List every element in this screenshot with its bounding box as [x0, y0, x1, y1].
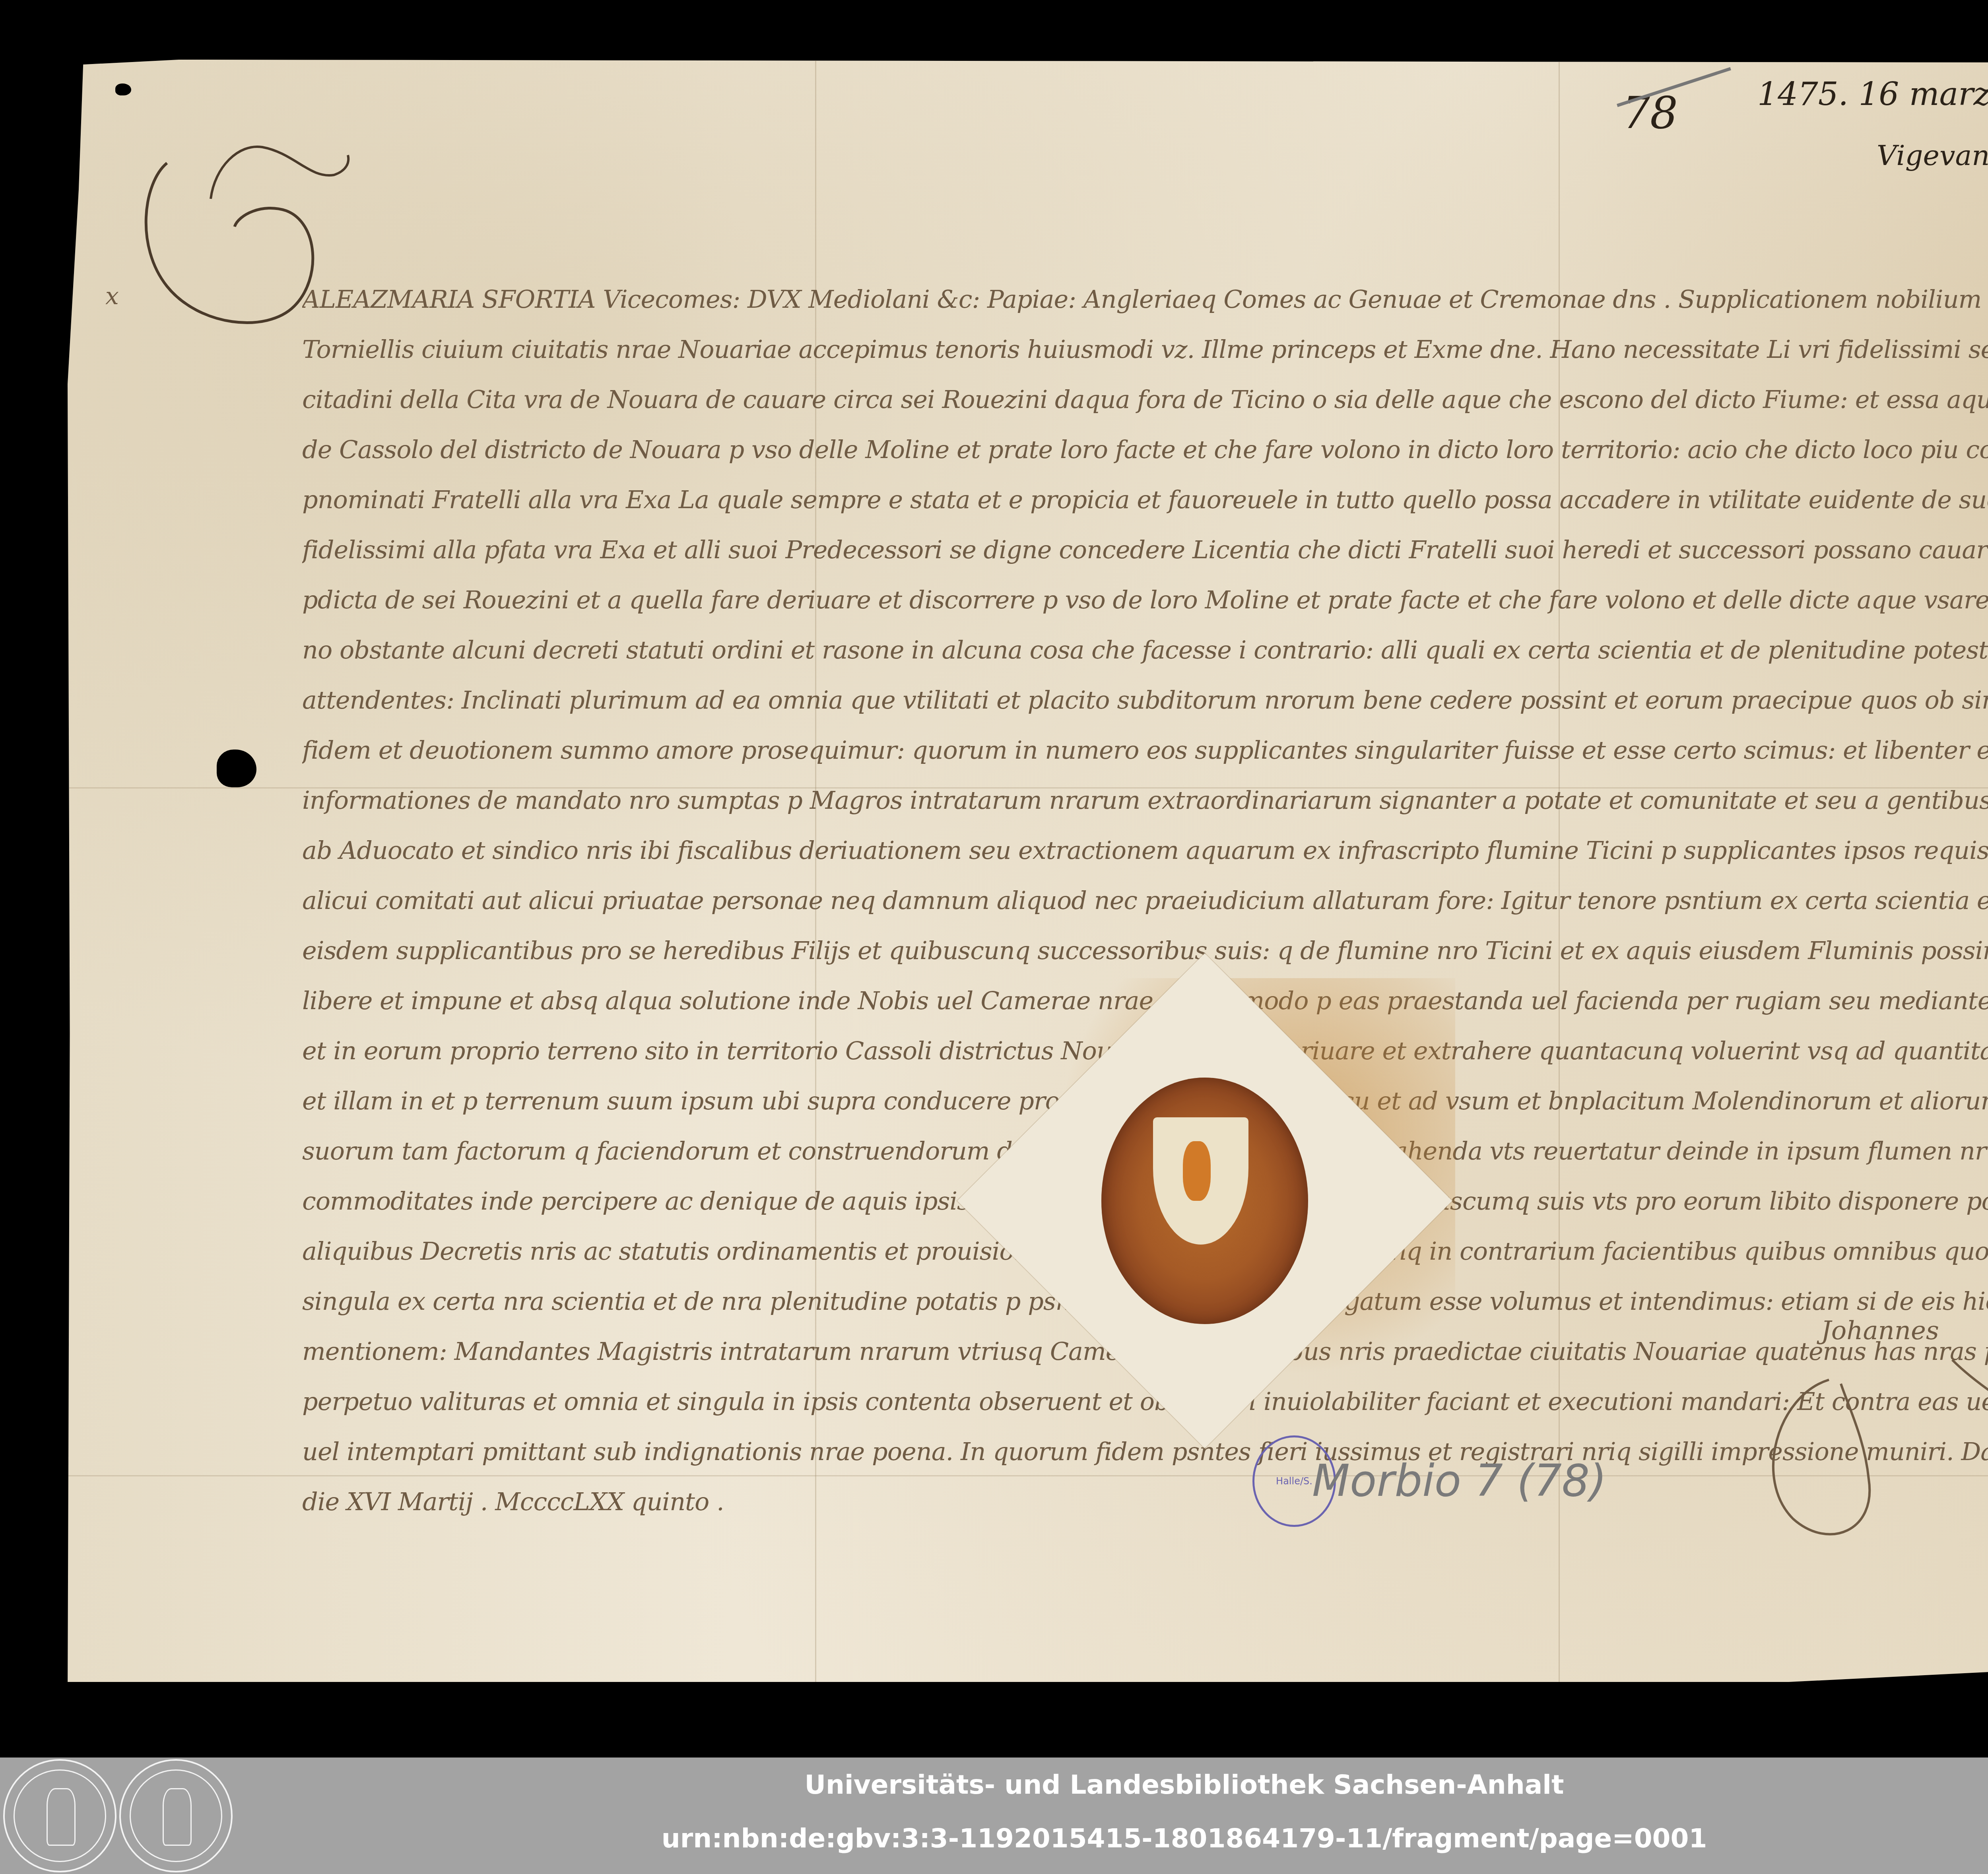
signature-flourish-icon: [1761, 1360, 1988, 1551]
place-note: Vigevano: [1877, 139, 1988, 172]
library-name: Universitäts- und Landesbibliothek Sachs…: [0, 1769, 1988, 1800]
notary-signature: Johannes: [1821, 1316, 1939, 1346]
library-stamp-center: Halle/S.: [1276, 1476, 1312, 1487]
text-line: eisdem supplicantibus pro se heredibus F…: [302, 926, 1988, 976]
text-line: Torniellis ciuium ciuitatis nrae Nouaria…: [302, 324, 1988, 375]
shelfmark: Morbio 7 (78): [1312, 1455, 1607, 1506]
text-line: fidelissimi alla pfata vra Exa et alli s…: [302, 525, 1988, 575]
text-line: uel intemptari pmittant sub indignationi…: [302, 1427, 1988, 1477]
seal-emblem-icon: [1183, 1141, 1211, 1201]
text-line: informationes de mandato nro sumptas p M…: [302, 775, 1988, 825]
text-line: ab Aduocato et sindico nris ibi fiscalib…: [302, 825, 1988, 876]
text-line: attendentes: Inclinati plurimum ad ea om…: [302, 675, 1988, 725]
text-line: alicui comitati aut alicui priuatae pers…: [302, 876, 1988, 926]
text-line: de Cassolo del districto de Nouara p vso…: [302, 425, 1988, 475]
text-line: fidem et deuotionem summo amore prosequi…: [302, 725, 1988, 775]
text-line: pdicta de sei Rouezini et a quella fare …: [302, 575, 1988, 625]
urn-link[interactable]: urn:nbn:de:gbv:3:3-1192015415-1801864179…: [0, 1823, 1988, 1854]
date-note: 1475. 16 marzo: [1757, 76, 1988, 113]
parchment-hole: [115, 84, 131, 95]
text-line: citadini della Cita vra de Nouara de cau…: [302, 375, 1988, 425]
text-line: no obstante alcuni decreti statuti ordin…: [302, 625, 1988, 675]
text-line: die XVI Martij . MccccLXX quinto .: [302, 1477, 1988, 1527]
parchment-hole: [217, 750, 256, 787]
scan-area: 78 1475. 16 marzo Vigevano x ALEAZMARIA …: [0, 0, 1988, 1757]
margin-mark: x: [105, 282, 119, 310]
text-line: pnominati Fratelli alla vra Exa La quale…: [302, 475, 1988, 525]
text-line: ALEAZMARIA SFORTIA Vicecomes: DVX Mediol…: [302, 274, 1988, 324]
